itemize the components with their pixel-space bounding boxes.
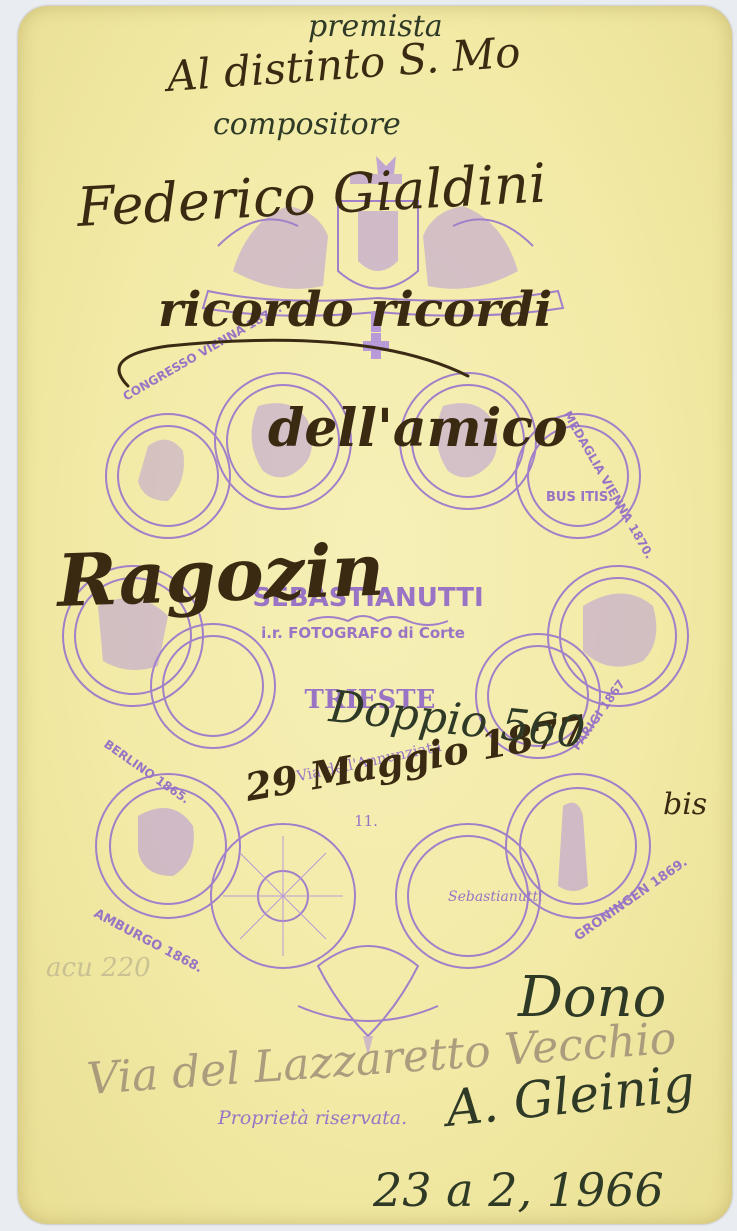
handwriting-compositore: compositore	[213, 107, 401, 142]
faint-note: acu 220	[46, 953, 151, 983]
handwriting-signature: Ragozin	[54, 527, 386, 623]
donation-date: 23 a 2, 1966	[372, 1163, 664, 1217]
handwriting-amico: dell'amico	[268, 398, 568, 459]
handwriting-recipient: Federico Gialdini	[74, 151, 547, 239]
carte-de-visite-back: BUS ITIS.	[18, 6, 732, 1224]
annotation-bis: bis	[663, 787, 707, 822]
handwriting-layer: premista Al distinto S. Mo compositore F…	[18, 6, 732, 1224]
handwriting-ricordo: ricordo ricordi	[158, 282, 552, 338]
